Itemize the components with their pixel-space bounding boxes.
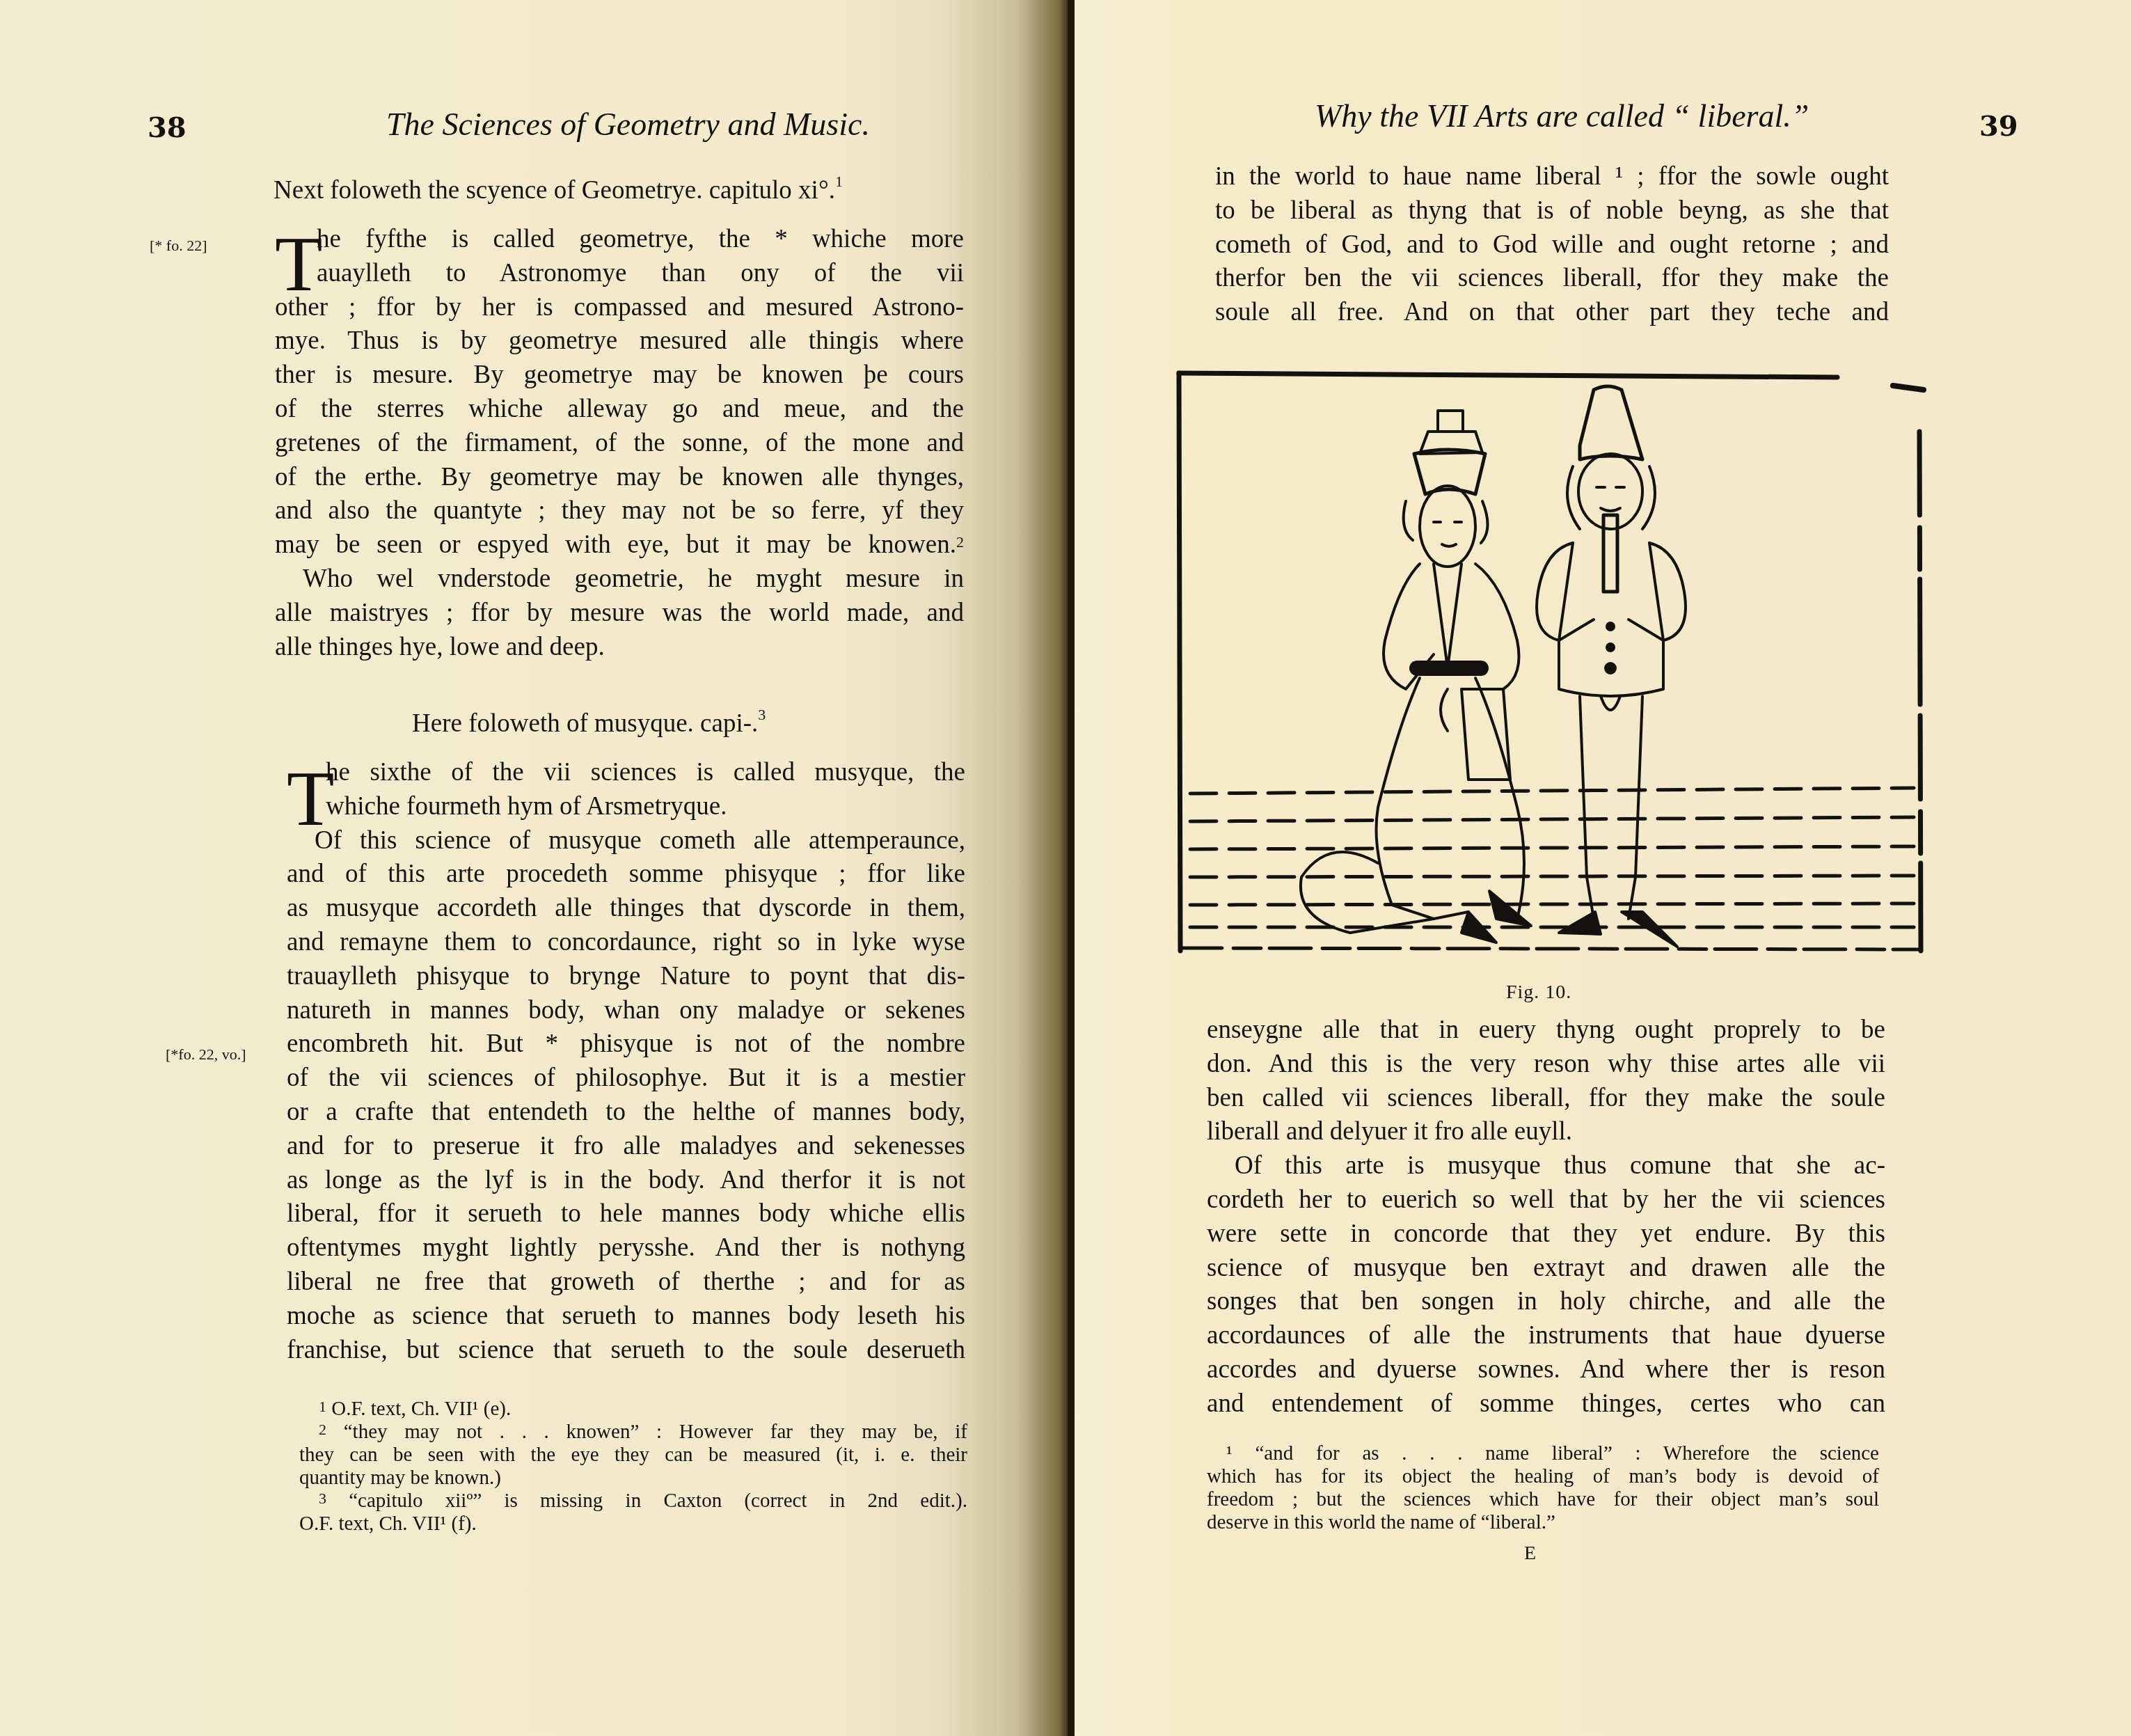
text-line: cometh of God, and to God wille and ough… xyxy=(1215,228,1889,262)
page-number-left: 38 xyxy=(148,111,187,144)
text-line: whiche fourmeth hym of Arsmetryque. xyxy=(287,790,965,824)
text-line: cordeth her to euerich so well that by h… xyxy=(1207,1183,1885,1217)
woodcut-illustration-icon xyxy=(1169,362,1943,961)
heading-text: Here foloweth of musyque. capi-. xyxy=(412,709,758,738)
text-line: and of this arte procedeth somme phisyqu… xyxy=(287,858,965,892)
text-line: as longe as the lyf is in the body. And … xyxy=(287,1164,965,1198)
section-heading-music: Here foloweth of musyque. capi-.3 xyxy=(412,709,766,739)
left-page: 38 The Sciences of Geometry and Music. N… xyxy=(0,0,1070,1736)
footnotes-right: ¹ “and for as . . . name liberal” : Wher… xyxy=(1207,1442,1879,1534)
text-line: songes that ben songen in holy chirche, … xyxy=(1207,1285,1885,1319)
text-line: as musyque accordeth alle thinges that d… xyxy=(287,892,965,926)
text-line: ther is mesure. By geometrye may be know… xyxy=(275,358,964,393)
footnote-line: which has for its object the healing of … xyxy=(1207,1465,1879,1488)
text-line: Who wel vnderstode geometrie, he myght m… xyxy=(275,562,964,597)
text-line: ben called vii sciences liberall, ffor t… xyxy=(1207,1082,1885,1116)
footnote-mark: 1 xyxy=(319,1398,326,1415)
text-line: moche as science that serueth to mannes … xyxy=(287,1300,965,1334)
text-line: soule all free. And on that other part t… xyxy=(1215,296,1889,330)
text-line: and also the quantyte ; they may not be … xyxy=(275,494,964,528)
footnote-line: freedom ; but the sciences which have fo… xyxy=(1207,1488,1879,1511)
heading-text: Next foloweth the scyence of Geometrye. … xyxy=(274,176,835,205)
text-line: in the world to haue name liberal ¹ ; ff… xyxy=(1215,160,1889,194)
text-line: to be liberal as thyng that is of noble … xyxy=(1215,194,1889,228)
text-line: Of this science of musyque cometh alle a… xyxy=(287,824,965,858)
text-line: accordaunces of alle the instruments tha… xyxy=(1207,1319,1885,1353)
footnote-text: O.F. text, Ch. VII¹ (e). xyxy=(331,1398,511,1420)
running-head-left: The Sciences of Geometry and Music. xyxy=(386,106,870,143)
text-line: enseygne alle that in euery thyng ought … xyxy=(1207,1013,1885,1048)
text-line: alle thinges hye, lowe and deep. xyxy=(275,631,964,665)
text-line-with-note: may be seen or espyed with eye, but it m… xyxy=(275,528,964,562)
page-number-right: 39 xyxy=(1979,110,2018,143)
text-line: science of musyque ben extrayt and drawe… xyxy=(1207,1252,1885,1286)
footnote-3-cont: O.F. text, Ch. VII¹ (f). xyxy=(299,1513,967,1536)
margin-note-fo22: [* fo. 22] xyxy=(150,237,207,255)
text-line: alle maistryes ; ffor by mesure was the … xyxy=(275,597,964,631)
right-page: Why the VII Arts are called “ liberal.” … xyxy=(1075,0,2131,1736)
section2-body: he sixthe of the vii sciences is called … xyxy=(287,756,965,1367)
text-line: don. And this is the very reson why this… xyxy=(1207,1048,1885,1082)
text-line: therfor ben the vii sciences liberall, f… xyxy=(1215,262,1889,296)
text-line: auaylleth to Astronomye than ony of the … xyxy=(275,257,964,291)
text-line: encombreth hit. But * phisyque is not of… xyxy=(287,1027,965,1062)
text-line: and entendement of somme thinges, certes… xyxy=(1207,1387,1885,1421)
text-line: trauaylleth phisyque to brynge Nature to… xyxy=(287,960,965,994)
footnote-mark: 3 xyxy=(319,1490,326,1507)
right-bottom-text: enseygne alle that in euery thyng ought … xyxy=(1207,1013,1885,1421)
text-line: mye. Thus is by geometrye mesured alle t… xyxy=(275,324,964,358)
footnote-2: 2 “they may not . . . knowen” : However … xyxy=(299,1421,967,1444)
book-spine xyxy=(1068,0,1075,1736)
text-line: were sette in concorde that they yet end… xyxy=(1207,1217,1885,1252)
running-head-right: Why the VII Arts are called “ liberal.” xyxy=(1315,97,1809,134)
text-line: other ; ffor by her is compassed and mes… xyxy=(275,291,964,325)
text-line: natureth in mannes body, whan ony malady… xyxy=(287,994,965,1028)
margin-note-fo22-vo: [*fo. 22, vo.] xyxy=(166,1045,246,1064)
section1-body: he fyfthe is called geometrye, the * whi… xyxy=(275,223,964,664)
text-line: Of this arte is musyque thus comune that… xyxy=(1207,1149,1885,1183)
footnote-1: 1 O.F. text, Ch. VII¹ (e). xyxy=(299,1398,967,1421)
text-line: he sixthe of the vii sciences is called … xyxy=(287,756,965,790)
woodcut-figure xyxy=(1169,362,1943,961)
footnote-line: deserve in this world the name of “liber… xyxy=(1207,1511,1879,1534)
footnotes-left: 1 O.F. text, Ch. VII¹ (e). 2 “they may n… xyxy=(299,1398,967,1536)
text-line: liberall and delyuer it fro alle euyll. xyxy=(1207,1115,1885,1149)
line-text: may be seen or espyed with eye, but it m… xyxy=(275,530,956,559)
footnote-text: “they may not . . . knowen” : However fa… xyxy=(344,1421,967,1443)
text-line: of the erthe. By geometrye may be knowen… xyxy=(275,461,964,495)
footnote-ref[interactable]: 3 xyxy=(758,706,766,723)
signature-mark: E xyxy=(1524,1542,1536,1565)
text-line: liberal ne free that groweth of therthe … xyxy=(287,1265,965,1300)
text-line: franchise, but science that serueth to t… xyxy=(287,1334,965,1368)
footnote-ref[interactable]: 1 xyxy=(835,173,843,190)
text-line: oftentymes myght lightly perysshe. And t… xyxy=(287,1231,965,1265)
right-top-text: in the world to haue name liberal ¹ ; ff… xyxy=(1215,160,1889,330)
text-line: accordes and dyuerse sownes. And where t… xyxy=(1207,1353,1885,1387)
footnote-line: ¹ “and for as . . . name liberal” : Wher… xyxy=(1207,1442,1879,1465)
footnote-text: “capitulo xiiº” is missing in Caxton (co… xyxy=(349,1490,967,1512)
text-line: and remayne them to concordaunce, right … xyxy=(287,926,965,960)
text-line: of the sterres whiche alleway go and meu… xyxy=(275,393,964,427)
section-heading-geometry: Next foloweth the scyence of Geometrye. … xyxy=(274,175,843,205)
footnote-2-cont: quantity may be known.) xyxy=(299,1467,967,1490)
text-line: liberal, ffor it serueth to hele mannes … xyxy=(287,1197,965,1231)
footnote-ref[interactable]: 2 xyxy=(956,533,964,551)
text-line: he fyfthe is called geometrye, the * whi… xyxy=(275,223,964,257)
text-line: of the vii sciences of philosophye. But … xyxy=(287,1062,965,1096)
footnote-mark: 2 xyxy=(319,1421,326,1438)
footnote-3: 3 “capitulo xiiº” is missing in Caxton (… xyxy=(299,1490,967,1513)
text-line: and for to preserue it fro alle maladyes… xyxy=(287,1130,965,1164)
text-line: or a crafte that entendeth to the helthe… xyxy=(287,1096,965,1130)
footnote-2-cont: they can be seen with the eye they can b… xyxy=(299,1444,967,1467)
figure-caption: Fig. 10. xyxy=(1506,981,1571,1004)
text-line: gretenes of the firmament, of the sonne,… xyxy=(275,427,964,461)
